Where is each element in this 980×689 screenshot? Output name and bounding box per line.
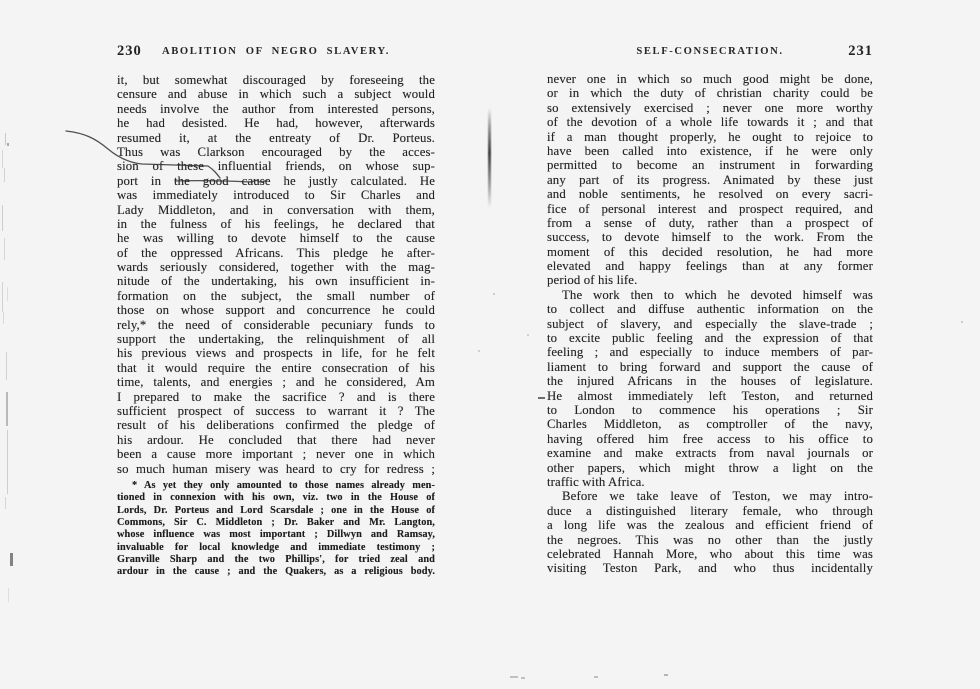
- text-line: needs involve the author from interested…: [117, 102, 435, 116]
- text-line: so extensively exercised ; never one mor…: [547, 101, 873, 115]
- bottom-dash-artifact: [521, 677, 525, 679]
- scan-edge-artifact: [6, 392, 8, 426]
- bottom-dash-artifact: [510, 676, 518, 678]
- text-line: any part of its progress. Animated by th…: [547, 173, 873, 187]
- text-line: been a cause more important ; never one …: [117, 447, 435, 461]
- scan-edge-artifact: [5, 497, 6, 509]
- text-line: Granville Sharp and the two Phillips', f…: [117, 554, 435, 566]
- text-line: to excite public feeling and the express…: [547, 331, 873, 345]
- text-line: sufficient prospect of success to warran…: [117, 404, 435, 418]
- text-line: so much human misery was heard to cry fo…: [117, 462, 435, 476]
- text-line: support the undertaking, the relinquishm…: [117, 332, 435, 346]
- ink-speck: [961, 321, 963, 323]
- text-line: he was willing to devote himself to the …: [117, 231, 435, 245]
- text-line: other papers, which might throw a light …: [547, 461, 873, 475]
- text-line: to London to commence his operations ; S…: [547, 403, 873, 417]
- text-line: The work then to which he devoted himsel…: [547, 288, 873, 302]
- text-line: rely,* the need of considerable pecuniar…: [117, 318, 435, 332]
- text-line: he had desisted. He had, however, afterw…: [117, 116, 435, 130]
- text-line: moment of this decided resolution, he ha…: [547, 245, 873, 259]
- text-line: visiting Teston Park, and who thus incid…: [547, 561, 873, 575]
- scan-edge-artifact: [2, 205, 3, 231]
- text-line: liament to bring forward and support the…: [547, 360, 873, 374]
- text-line: Charles Middleton, as comptroller of the…: [547, 417, 873, 431]
- text-line: a long life was the zealous and efficien…: [547, 518, 873, 532]
- text-line: celebrated Hannah More, who about this t…: [547, 547, 873, 561]
- text-line: from a sense of duty, rather than a pros…: [547, 216, 873, 230]
- text-line: traffic with Africa.: [547, 475, 873, 489]
- scan-edge-artifact: [2, 150, 3, 168]
- text-line: invaluable for local knowledge and immed…: [117, 542, 435, 554]
- text-line: those on whose support and concurrence h…: [117, 303, 435, 317]
- text-line: time, talents, and energies ; and he con…: [117, 375, 435, 389]
- text-line: Before we take leave of Teston, we may i…: [547, 489, 873, 503]
- text-line: He almost immediately left Teston, and r…: [547, 389, 873, 403]
- scan-edge-artifact: [7, 143, 9, 146]
- ink-speck: [493, 293, 495, 295]
- left-running-head: ABOLITION OF NEGRO SLAVERY.: [117, 46, 435, 57]
- text-line: subject of slavery, and especially the s…: [547, 317, 873, 331]
- text-line: result of his deliberations confirmed th…: [117, 418, 435, 432]
- text-line: it, but somewhat discouraged by foreseei…: [117, 73, 435, 87]
- text-line: his ardour. He concluded that there had …: [117, 433, 435, 447]
- text-line: censure and abuse in which such a subjec…: [117, 87, 435, 101]
- scan-edge-artifact: [8, 588, 9, 602]
- left-page-body-text: it, but somewhat discouraged by foreseei…: [117, 73, 435, 476]
- text-line: and noble sentiments, he resolved on eve…: [547, 187, 873, 201]
- text-line: never one in which so much good might be…: [547, 72, 873, 86]
- text-line: that it would require the entire consecr…: [117, 361, 435, 375]
- text-line: was immediately introduced to Sir Charle…: [117, 188, 435, 202]
- text-line: his previous views and prospects in life…: [117, 346, 435, 360]
- text-line: Commons, Sir C. Middleton ; Dr. Baker an…: [117, 517, 435, 529]
- text-line: elevated and happy feelings than at any …: [547, 259, 873, 273]
- scan-edge-artifact: [6, 352, 7, 380]
- text-line: or in which the duty of christian charit…: [547, 86, 873, 100]
- text-line: I prepared to make the sacrifice ? and i…: [117, 390, 435, 404]
- text-line: wards seriously considered, together wit…: [117, 260, 435, 274]
- text-line: the negroes. This was no other than the …: [547, 533, 873, 547]
- text-line: Lady Middleton, and in conversation with…: [117, 203, 435, 217]
- scan-edge-artifact: [10, 553, 13, 566]
- text-line: examine and make extracts from naval jou…: [547, 446, 873, 460]
- text-line: of the devotion of a whole life towards …: [547, 115, 873, 129]
- text-line: permitted to become an instrument in for…: [547, 158, 873, 172]
- text-line: tioned in connexion with his own, viz. t…: [117, 492, 435, 504]
- text-line: ardour in the cause ; and the Quakers, a…: [117, 566, 435, 578]
- text-line: have been called into existence, if he w…: [547, 144, 873, 158]
- scan-edge-artifact: [7, 430, 8, 494]
- text-line: in the fulness of his feelings, he decla…: [117, 217, 435, 231]
- text-line: duce a distinguished literary female, wh…: [547, 504, 873, 518]
- text-line: resumed it, at the entreaty of Dr. Porte…: [117, 131, 435, 145]
- ink-speck: [527, 334, 529, 336]
- text-line: formation on the subject, the small numb…: [117, 289, 435, 303]
- text-line: Lords, Dr. Porteus and Lord Scarsdale ; …: [117, 505, 435, 517]
- scan-edge-artifact: [2, 282, 3, 312]
- scan-edge-artifact: [4, 168, 5, 182]
- text-line: of the oppressed Africans. This pledge h…: [117, 246, 435, 260]
- text-line: whose influence was most important ; Dil…: [117, 529, 435, 541]
- text-line: period of his life.: [547, 273, 873, 287]
- text-line: Thus was Clarkson encouraged by the acce…: [117, 145, 435, 159]
- text-line: nitude of the undertaking, his own insuf…: [117, 274, 435, 288]
- bottom-dash-artifact: [594, 676, 598, 678]
- text-line: feeling ; and especially to induce membe…: [547, 345, 873, 359]
- right-page-body-text: never one in which so much good might be…: [547, 72, 873, 576]
- scan-edge-artifact: [4, 238, 5, 260]
- text-line: if a man thought properly, he ought to r…: [547, 130, 873, 144]
- text-line: sion of these influential friends, on wh…: [117, 159, 435, 173]
- bottom-dash-artifact: [664, 674, 668, 676]
- gutter-fold-artifact: [488, 108, 491, 208]
- left-page-footnote: * As yet they only amounted to those nam…: [117, 480, 435, 579]
- scan-edge-artifact: [5, 133, 6, 145]
- text-line: port in the good cause he justly calcula…: [117, 174, 435, 188]
- ink-speck: [478, 350, 480, 352]
- text-line: * As yet they only amounted to those nam…: [117, 480, 435, 492]
- book-scan: 230 ABOLITION OF NEGRO SLAVERY. SELF-CON…: [0, 0, 980, 689]
- scan-edge-artifact: [7, 287, 8, 301]
- text-line: having offered him free access to his of…: [547, 432, 873, 446]
- text-line: the injured Africans in the houses of le…: [547, 374, 873, 388]
- right-page-number: 231: [820, 43, 873, 60]
- text-line: success, to devote himself to the work. …: [547, 230, 873, 244]
- text-line: to collect and diffuse authentic informa…: [547, 302, 873, 316]
- margin-dash-artifact: [538, 397, 545, 399]
- scan-edge-artifact: [3, 312, 4, 324]
- text-line: fice of personal interest and prospect r…: [547, 202, 873, 216]
